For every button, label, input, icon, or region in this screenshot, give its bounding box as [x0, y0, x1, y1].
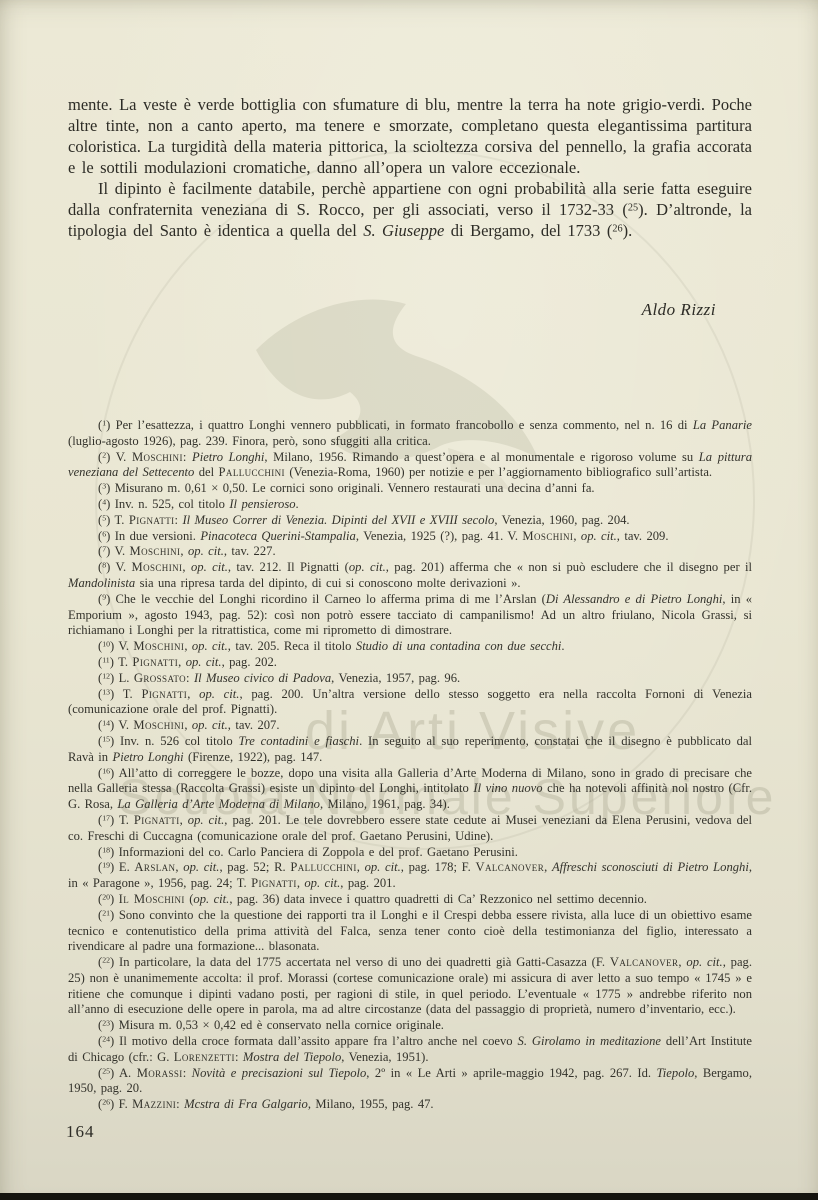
scanned-book-page: di Arti Visive Scuola Normale Superiore … [0, 0, 818, 1200]
footnote: (18) Informazioni del co. Carlo Panciera… [68, 845, 752, 861]
footnote: (14) V. Moschini, op. cit., tav. 207. [68, 718, 752, 734]
author-signature: Aldo Rizzi [68, 300, 752, 320]
paragraph: mente. La veste è verde bottiglia con sf… [68, 94, 752, 178]
footnote: (8) V. Moschini, op. cit., tav. 212. Il … [68, 560, 752, 592]
footnote: (4) Inv. n. 525, col titolo Il pensieros… [68, 497, 752, 513]
body-text: mente. La veste è verde bottiglia con sf… [68, 94, 752, 241]
footnote: (9) Che le vecchie del Longhi ricordino … [68, 592, 752, 639]
footnote: (17) T. Pignatti, op. cit., pag. 201. Le… [68, 813, 752, 845]
footnote: (2) V. Moschini: Pietro Longhi, Milano, … [68, 450, 752, 482]
paragraph: Il dipinto è facilmente databile, perchè… [68, 178, 752, 241]
footnote: (5) T. Pignatti: Il Museo Correr di Vene… [68, 513, 752, 529]
footnote: (1) Per l’esattezza, i quattro Longhi ve… [68, 418, 752, 450]
footnote: (22) In particolare, la data del 1775 ac… [68, 955, 752, 1018]
footnote: (25) A. Morassi: Novità e precisazioni s… [68, 1066, 752, 1098]
footnote: (6) In due versioni. Pinacoteca Querini-… [68, 529, 752, 545]
footnotes-section: (1) Per l’esattezza, i quattro Longhi ve… [68, 418, 752, 1113]
footnote: (12) L. Grossato: Il Museo civico di Pad… [68, 671, 752, 687]
scan-edge [0, 1193, 818, 1200]
page-number: 164 [66, 1122, 95, 1142]
footnote: (11) T. Pignatti, op. cit., pag. 202. [68, 655, 752, 671]
footnote: (21) Sono convinto che la questione dei … [68, 908, 752, 955]
footnote: (10) V. Moschini, op. cit., tav. 205. Re… [68, 639, 752, 655]
footnote: (15) Inv. n. 526 col titolo Tre contadin… [68, 734, 752, 766]
footnote: (20) Il Moschini (op. cit., pag. 36) dat… [68, 892, 752, 908]
footnote: (16) All’atto di correggere le bozze, do… [68, 766, 752, 813]
footnote: (3) Misurano m. 0,61 × 0,50. Le cornici … [68, 481, 752, 497]
footnote: (13) T. Pignatti, op. cit., pag. 200. Un… [68, 687, 752, 719]
footnote: (23) Misura m. 0,53 × 0,42 ed è conserva… [68, 1018, 752, 1034]
footnote: (7) V. Moschini, op. cit., tav. 227. [68, 544, 752, 560]
footnote: (24) Il motivo della croce formata dall’… [68, 1034, 752, 1066]
footnote: (26) F. Mazzini: Mcstra di Fra Galgario,… [68, 1097, 752, 1113]
footnote: (19) E. Arslan, op. cit., pag. 52; R. Pa… [68, 860, 752, 892]
